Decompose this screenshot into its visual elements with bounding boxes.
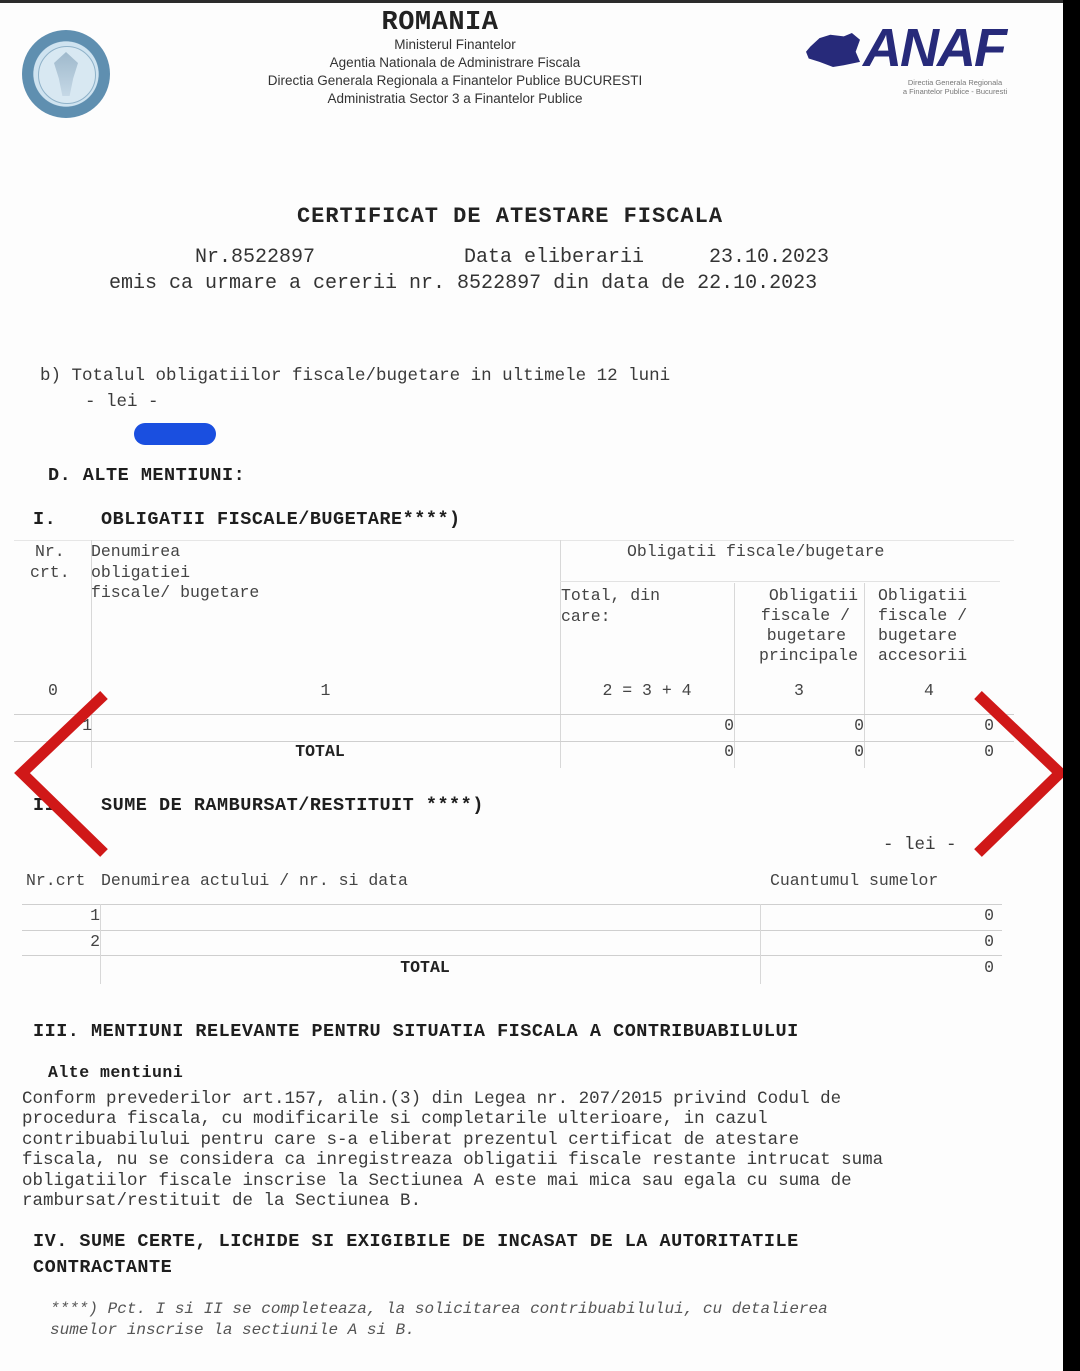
part4-title-line-1: IV. SUME CERTE, LICHIDE SI EXIGIBILE DE … (33, 1231, 799, 1252)
chevron-right-icon (966, 687, 1076, 867)
footnote-line-1: ****) Pct. I si II se completeaza, la so… (50, 1300, 828, 1318)
section-d-title: D. ALTE MENTIUNI: (48, 465, 245, 486)
refund-total-label: TOTAL (100, 958, 750, 977)
part3-paragraph-line-6: rambursat/restituit de la Sectiunea B. (22, 1191, 421, 1211)
col-total-header-1: Total, din (561, 586, 660, 605)
col-accessory-header-4: accesorii (878, 646, 967, 665)
col-name-header-2: obligatiei (91, 563, 190, 582)
certificate-title: CERTIFICAT DE ATESTARE FISCALA (0, 204, 1020, 229)
request-line: emis ca urmare a cererii nr. 8522897 din… (109, 272, 817, 295)
col-accessory-header-1: Obligatii (878, 586, 967, 605)
total-principal: 0 (734, 742, 864, 761)
certificate-nr-label: Nr. (195, 246, 231, 269)
anaf-logo-sub-1: Directia Generala Regionala (870, 78, 1040, 87)
anaf-logo-sub-2: a Finantelor Publice - Bucuresti (870, 87, 1040, 96)
right-edge-border (1063, 0, 1080, 1371)
part1-title: OBLIGATII FISCALE/BUGETARE****) (101, 509, 461, 530)
header-ministry: Ministerul Finantelor (230, 37, 680, 52)
refund-row-amount: 0 (760, 906, 994, 925)
col-total-header-2: care: (561, 607, 611, 626)
refund-row-nr: 2 (22, 932, 100, 951)
refund-col-amount: Cuantumul sumelor (770, 871, 938, 890)
row-total: 0 (560, 716, 734, 735)
col-nr-header-2: crt. (30, 563, 70, 582)
col-name-header-1: Denumirea (91, 542, 180, 561)
issue-date-label: Data eliberarii (464, 246, 644, 269)
header-country: ROMANIA (350, 8, 530, 38)
col-accessory-header-2: fiscale / (878, 606, 967, 625)
col-name-header-3: fiscale/ bugetare (91, 583, 259, 602)
col-accessory-header-3: bugetare (878, 626, 957, 645)
refund-total-amount: 0 (760, 958, 994, 977)
previous-page-button[interactable] (6, 687, 116, 867)
col-index-3: 3 (734, 681, 864, 700)
header-directorate: Directia Generala Regionala a Finantelor… (230, 73, 680, 88)
section-b-label: b) Totalul obligatiilor fiscale/bugetare… (40, 366, 670, 386)
header-agency: Agentia Nationala de Administrare Fiscal… (230, 55, 680, 70)
col-index-2: 2 = 3 + 4 (560, 681, 734, 700)
part3-paragraph-line-2: procedura fiscala, cu modificarile si co… (22, 1109, 768, 1129)
footnote-line-2: sumelor inscrise la sectiunile A si B. (50, 1321, 415, 1339)
redacted-value (134, 423, 216, 445)
section-b-unit: - lei - (85, 392, 159, 412)
part4-title-line-2: CONTRACTANTE (33, 1257, 172, 1278)
document-page: ROMANIA Ministerul Finantelor Agentia Na… (0, 3, 1063, 1371)
part2-unit: - lei - (883, 835, 957, 855)
col-principal-header-1: Obligatii (734, 586, 858, 605)
row-principal: 0 (734, 716, 864, 735)
col-index-1: 1 (91, 681, 560, 700)
part3-paragraph-line-3: contribuabilului pentru care s-a elibera… (22, 1130, 799, 1150)
part3-paragraph-line-4: fiscala, nu se considera ca inregistreaz… (22, 1150, 883, 1170)
total-label: TOTAL (91, 742, 549, 761)
col-principal-header-2: fiscale / (734, 606, 850, 625)
part2-title: SUME DE RAMBURSAT/RESTITUIT ****) (101, 795, 484, 816)
next-page-button[interactable] (966, 687, 1076, 867)
col-principal-header-4: principale (734, 646, 858, 665)
refund-row-nr: 1 (22, 906, 100, 925)
part1-number: I. (33, 509, 56, 530)
header-administration: Administratia Sector 3 a Finantelor Publ… (230, 91, 680, 106)
part3-paragraph-line-1: Conform prevederilor art.157, alin.(3) d… (22, 1089, 841, 1109)
col-group-header: Obligatii fiscale/bugetare (627, 542, 884, 561)
refund-col-nr: Nr.crt (26, 871, 85, 890)
romania-map-icon (806, 33, 860, 67)
refund-col-name: Denumirea actului / nr. si data (101, 871, 408, 890)
chevron-left-icon (6, 687, 116, 867)
col-nr-header-1: Nr. (35, 542, 65, 561)
part3-paragraph-line-5: obligatiilor fiscale inscrise la Sectiun… (22, 1171, 852, 1191)
issue-date: 23.10.2023 (709, 246, 829, 269)
ministry-emblem-icon (22, 30, 110, 118)
part3-title: III. MENTIUNI RELEVANTE PENTRU SITUATIA … (33, 1021, 799, 1042)
part3-subtitle: Alte mentiuni (48, 1063, 183, 1082)
certificate-nr: 8522897 (231, 246, 315, 269)
refund-row-amount: 0 (760, 932, 994, 951)
col-principal-header-3: bugetare (734, 626, 846, 645)
anaf-logo: ANAF (863, 17, 1005, 79)
total-total: 0 (560, 742, 734, 761)
